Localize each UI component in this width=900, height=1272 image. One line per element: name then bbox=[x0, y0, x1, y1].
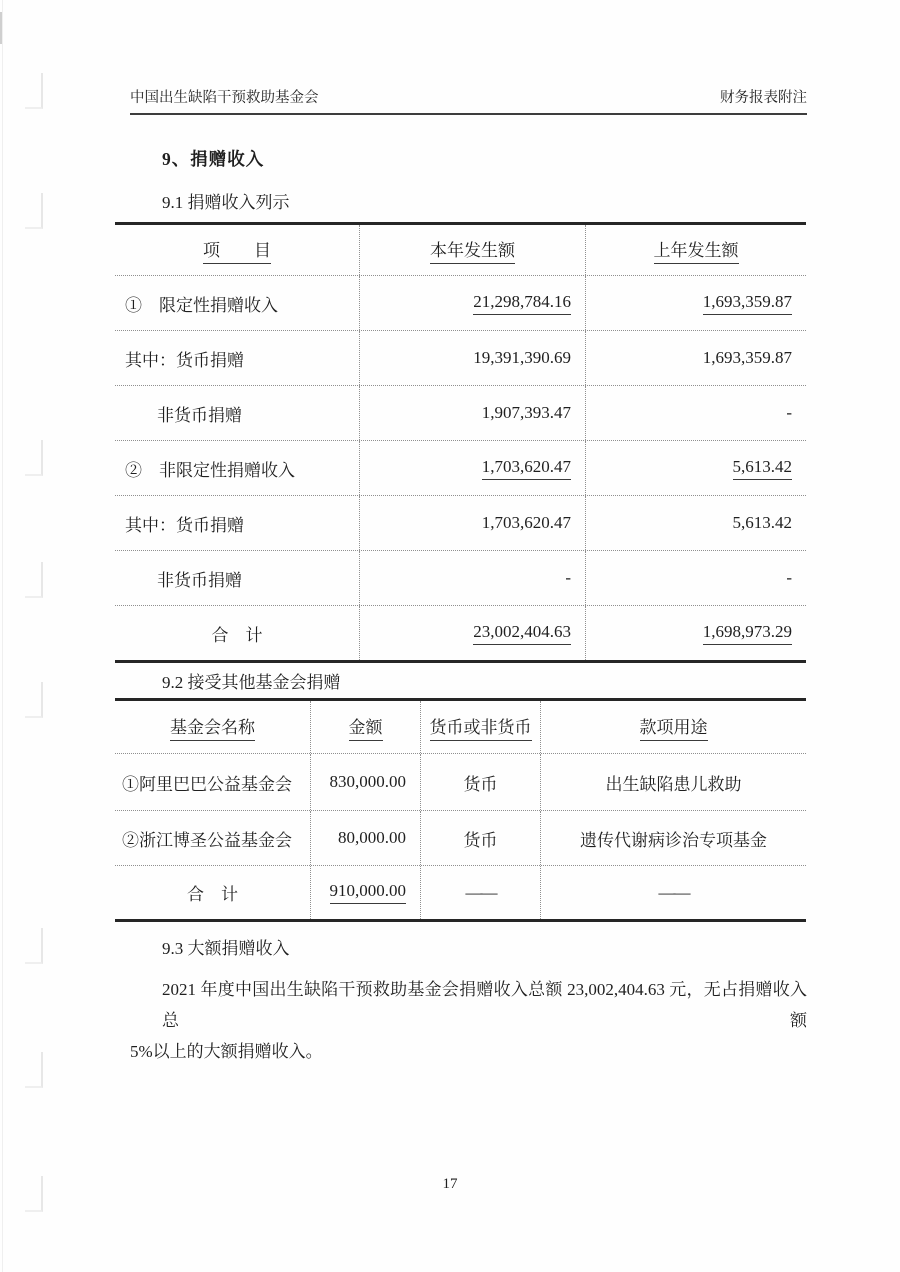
section-9-3-title: 9.3 大额捐赠收入 bbox=[162, 934, 290, 959]
prior-year-amount: 1,693,359.87 bbox=[585, 331, 806, 385]
table-row: 其中：货币捐赠 1,703,620.47 5,613.42 bbox=[115, 495, 806, 550]
column-header-label: 金额 bbox=[349, 713, 383, 741]
paragraph-line: 2021 年度中国出生缺陷干预救助基金会捐赠收入总额 23,002,404.63… bbox=[130, 974, 807, 1036]
header-doc-type: 财务报表附注 bbox=[720, 86, 807, 107]
prior-year-amount: 5,613.42 bbox=[585, 496, 806, 550]
table-total-row: 合 计 910,000.00 —— —— bbox=[115, 865, 806, 919]
section-9-1-title: 9.1 捐赠收入列示 bbox=[162, 188, 290, 213]
row-label: ② 非限定性捐赠收入 bbox=[115, 441, 359, 495]
column-header-label: 项 目 bbox=[203, 236, 271, 264]
column-header-label: 本年发生额 bbox=[430, 236, 515, 264]
foundation-name: ②浙江博圣公益基金会 bbox=[115, 811, 310, 865]
prior-year-amount: 1,693,359.87 bbox=[585, 276, 806, 330]
currency-type: 货币 bbox=[420, 811, 540, 865]
table2-header-currency: 货币或非货币 bbox=[420, 701, 540, 753]
current-year-amount: 1,907,393.47 bbox=[359, 386, 585, 440]
column-header-label: 基金会名称 bbox=[170, 713, 255, 741]
binding-mark bbox=[25, 193, 43, 229]
scan-edge-line bbox=[2, 0, 3, 1272]
table-row: ② 非限定性捐赠收入 1,703,620.47 5,613.42 bbox=[115, 440, 806, 495]
table-header-row: 基金会名称 金额 货币或非货币 款项用途 bbox=[115, 701, 806, 753]
current-year-amount: 21,298,784.16 bbox=[359, 276, 585, 330]
donation-amount-total: 910,000.00 bbox=[310, 866, 420, 919]
binding-mark bbox=[25, 682, 43, 718]
table-row: ②浙江博圣公益基金会 80,000.00 货币 遗传代谢病诊治专项基金 bbox=[115, 810, 806, 865]
paragraph-line: 5%以上的大额捐赠收入。 bbox=[130, 1036, 807, 1067]
table-row: ① 限定性捐赠收入 21,298,784.16 1,693,359.87 bbox=[115, 275, 806, 330]
table-row: 非货币捐赠 1,907,393.47 - bbox=[115, 385, 806, 440]
current-year-amount: 1,703,620.47 bbox=[359, 496, 585, 550]
table2-header-purpose: 款项用途 bbox=[540, 701, 806, 753]
row-label: 非货币捐赠 bbox=[115, 551, 359, 605]
table-header-row: 项 目 本年发生额 上年发生额 bbox=[115, 225, 806, 275]
row-label: 非货币捐赠 bbox=[115, 386, 359, 440]
binding-mark bbox=[25, 928, 43, 964]
row-label: ① 限定性捐赠收入 bbox=[115, 276, 359, 330]
scan-edge-tick bbox=[0, 12, 2, 44]
prior-year-amount: - bbox=[585, 551, 806, 605]
donation-income-table: 项 目 本年发生额 上年发生额 ① 限定性捐赠收入 21,298,784.16 … bbox=[115, 222, 806, 663]
currency-type: 货币 bbox=[420, 754, 540, 810]
document-page: 中国出生缺陷干预救助基金会 财务报表附注 9、捐赠收入 9.1 捐赠收入列示 项… bbox=[0, 0, 900, 1272]
row-label: 其中：货币捐赠 bbox=[115, 331, 359, 385]
table-row: ①阿里巴巴公益基金会 830,000.00 货币 出生缺陷患儿救助 bbox=[115, 753, 806, 810]
funds-purpose: 遗传代谢病诊治专项基金 bbox=[540, 811, 806, 865]
current-year-amount: 1,703,620.47 bbox=[359, 441, 585, 495]
column-header-label: 款项用途 bbox=[640, 713, 708, 741]
column-header-label: 上年发生额 bbox=[654, 236, 739, 264]
table-row: 其中：货币捐赠 19,391,390.69 1,693,359.87 bbox=[115, 330, 806, 385]
table1-header-item: 项 目 bbox=[115, 225, 359, 275]
other-foundation-donation-table: 基金会名称 金额 货币或非货币 款项用途 ①阿里巴巴公益基金会 830,000.… bbox=[115, 698, 806, 922]
foundation-name: ①阿里巴巴公益基金会 bbox=[115, 754, 310, 810]
page-number: 17 bbox=[0, 1176, 900, 1193]
binding-mark bbox=[25, 562, 43, 598]
page-header: 中国出生缺陷干预救助基金会 财务报表附注 bbox=[130, 86, 807, 115]
binding-mark bbox=[25, 73, 43, 109]
large-donation-paragraph: 2021 年度中国出生缺陷干预救助基金会捐赠收入总额 23,002,404.63… bbox=[130, 974, 807, 1067]
total-label: 合 计 bbox=[115, 606, 359, 660]
table2-header-amount: 金额 bbox=[310, 701, 420, 753]
donation-amount: 830,000.00 bbox=[310, 754, 420, 810]
section-9-2-title: 9.2 接受其他基金会捐赠 bbox=[162, 668, 341, 693]
prior-year-total: 1,698,973.29 bbox=[585, 606, 806, 660]
table-total-row: 合 计 23,002,404.63 1,698,973.29 bbox=[115, 605, 806, 660]
donation-amount: 80,000.00 bbox=[310, 811, 420, 865]
current-year-total: 23,002,404.63 bbox=[359, 606, 585, 660]
table-row: 非货币捐赠 - - bbox=[115, 550, 806, 605]
binding-mark bbox=[25, 1052, 43, 1088]
funds-purpose: 出生缺陷患儿救助 bbox=[540, 754, 806, 810]
binding-mark bbox=[25, 440, 43, 476]
current-year-amount: - bbox=[359, 551, 585, 605]
table1-header-current: 本年发生额 bbox=[359, 225, 585, 275]
row-label: 其中：货币捐赠 bbox=[115, 496, 359, 550]
current-year-amount: 19,391,390.69 bbox=[359, 331, 585, 385]
section-9-title: 9、捐赠收入 bbox=[162, 146, 264, 171]
table1-header-prior: 上年发生额 bbox=[585, 225, 806, 275]
prior-year-amount: - bbox=[585, 386, 806, 440]
prior-year-amount: 5,613.42 bbox=[585, 441, 806, 495]
funds-purpose: —— bbox=[540, 866, 806, 919]
currency-type: —— bbox=[420, 866, 540, 919]
column-header-label: 货币或非货币 bbox=[430, 713, 532, 741]
header-org-name: 中国出生缺陷干预救助基金会 bbox=[130, 86, 319, 107]
total-label: 合 计 bbox=[115, 866, 310, 919]
table2-header-name: 基金会名称 bbox=[115, 701, 310, 753]
